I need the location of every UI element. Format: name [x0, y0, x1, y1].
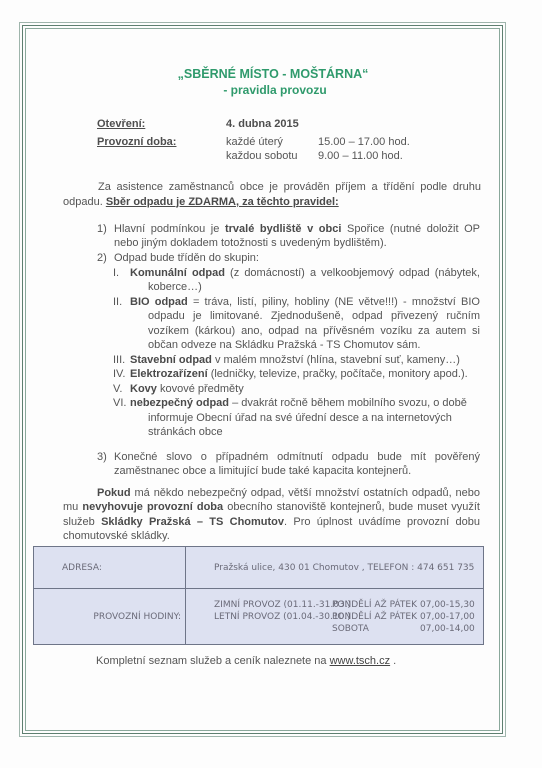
- address-value: Pražská ulice, 430 01 Chomutov , TELEFON…: [186, 547, 484, 589]
- footer-suffix: .: [390, 655, 396, 667]
- hours-day-2: každou sobotu: [226, 150, 298, 162]
- days-saturday: SOBOTA: [332, 623, 420, 635]
- opening-label: Otevření:: [97, 118, 145, 130]
- opening-hours-label: PROVOZNÍ HODINY:: [34, 589, 186, 645]
- group-2-line-2: odpadu je limitované. Zjednodušeně, odpa…: [148, 309, 480, 324]
- group-2-number: II.: [113, 295, 122, 310]
- table-row-address: ADRESA: Pražská ulice, 430 01 Chomutov ,…: [34, 547, 484, 589]
- time-summer: 07,00-17,00: [420, 611, 480, 623]
- rule-1-number: 1): [97, 222, 107, 237]
- opening-value: 4. dubna 2015: [226, 118, 299, 130]
- landfill-info-table: ADRESA: Pražská ulice, 430 01 Chomutov ,…: [33, 546, 484, 645]
- hours-time-2: 9.00 – 11.00 hod.: [318, 150, 403, 162]
- group-6-line-2: informuje Obecní úřad na své úřední desc…: [148, 411, 452, 426]
- rules-heading: Sběr odpadu je ZDARMA, za těchto pravide…: [106, 196, 339, 208]
- group-2-line-4: občan odveze na Skládku Pražská - TS Cho…: [148, 338, 421, 353]
- address-label: ADRESA:: [34, 547, 186, 589]
- group-6-line-3: stránkách obce: [148, 425, 223, 440]
- rule-3-line-2: zaměstnanec obce a limitující bude také …: [114, 464, 411, 479]
- time-winter: 07,00-15,30: [420, 599, 480, 611]
- group-2-line-1: BIO odpad = tráva, listí, piliny, hoblin…: [130, 295, 480, 310]
- website-link[interactable]: www.tsch.cz: [330, 655, 391, 667]
- hours-day-1: každé úterý: [226, 136, 283, 148]
- footer-note: Kompletní seznam služeb a ceník naleznet…: [96, 655, 396, 667]
- days-winter: PONDĚLÍ AŽ PÁTEK: [332, 599, 420, 611]
- days-summer: PONDĚLÍ AŽ PÁTEK: [332, 611, 420, 623]
- season-saturday: [214, 623, 332, 635]
- hours-label: Provozní doba:: [97, 136, 176, 148]
- group-4-number: IV.: [113, 367, 125, 382]
- group-5-line-1: Kovy kovové předměty: [130, 382, 244, 397]
- table-row-hours: PROVOZNÍ HODINY: ZIMNÍ PROVOZ (01.11.-31…: [34, 589, 484, 645]
- group-1-number: I.: [113, 266, 119, 281]
- season-winter: ZIMNÍ PROVOZ (01.11.-31.03.): [214, 599, 332, 611]
- rule-3-number: 3): [97, 450, 107, 465]
- notice-line-4: chomutovské skládky.: [63, 529, 170, 544]
- group-4-line-1: Elektrozařízení (ledničky, televize, pra…: [130, 367, 468, 382]
- intro-paragraph: Za asistence zaměstnanců obce je provádě…: [63, 180, 481, 209]
- group-2-line-3: vozíkem (kárkou) ano, odpad na přívěsném…: [148, 324, 480, 339]
- time-saturday: 07,00-14,00: [420, 623, 480, 635]
- group-6-number: VI.: [113, 396, 126, 411]
- group-1-line-2: koberce…): [148, 280, 202, 295]
- rule-1-line-1: Hlavní podmínkou je trvalé bydliště v ob…: [114, 222, 480, 237]
- rule-2-text: Odpad bude tříděn do skupin:: [114, 251, 259, 266]
- notice-line-1: Pokud má někdo nebezpečný odpad, větší m…: [97, 486, 480, 501]
- document-subtitle: - pravidla provozu: [4, 83, 542, 97]
- notice-line-3: služeb Skládky Pražská – TS Chomutov. Pr…: [63, 515, 480, 530]
- group-5-number: V.: [113, 382, 122, 397]
- group-1-line-1: Komunální odpad (z domácností) a velkoob…: [130, 266, 480, 281]
- footer-text: Kompletní seznam služeb a ceník naleznet…: [96, 655, 330, 667]
- season-summer: LETNÍ PROVOZ (01.04.-30.10.): [214, 611, 332, 623]
- opening-hours-cell: ZIMNÍ PROVOZ (01.11.-31.03.) PONDĚLÍ AŽ …: [186, 589, 484, 645]
- rule-2-number: 2): [97, 251, 107, 266]
- rule-1-line-2: nebo jiným dokladem totožnosti s uvedený…: [114, 236, 387, 251]
- document-title: „SBĚRNÉ MÍSTO - MOŠTÁRNA“: [2, 67, 542, 81]
- hours-time-1: 15.00 – 17.00 hod.: [318, 136, 410, 148]
- rule-3-line-1: Konečné slovo o případném odmítnutí odpa…: [114, 450, 480, 465]
- notice-line-2: mu nevyhovuje provozní doba obecního sta…: [63, 500, 480, 515]
- group-3-line-1: Stavební odpad v malém množství (hlína, …: [130, 353, 460, 368]
- group-6-line-1: nebezpečný odpad – dvakrát ročně během m…: [130, 396, 467, 411]
- group-3-number: III.: [113, 353, 125, 368]
